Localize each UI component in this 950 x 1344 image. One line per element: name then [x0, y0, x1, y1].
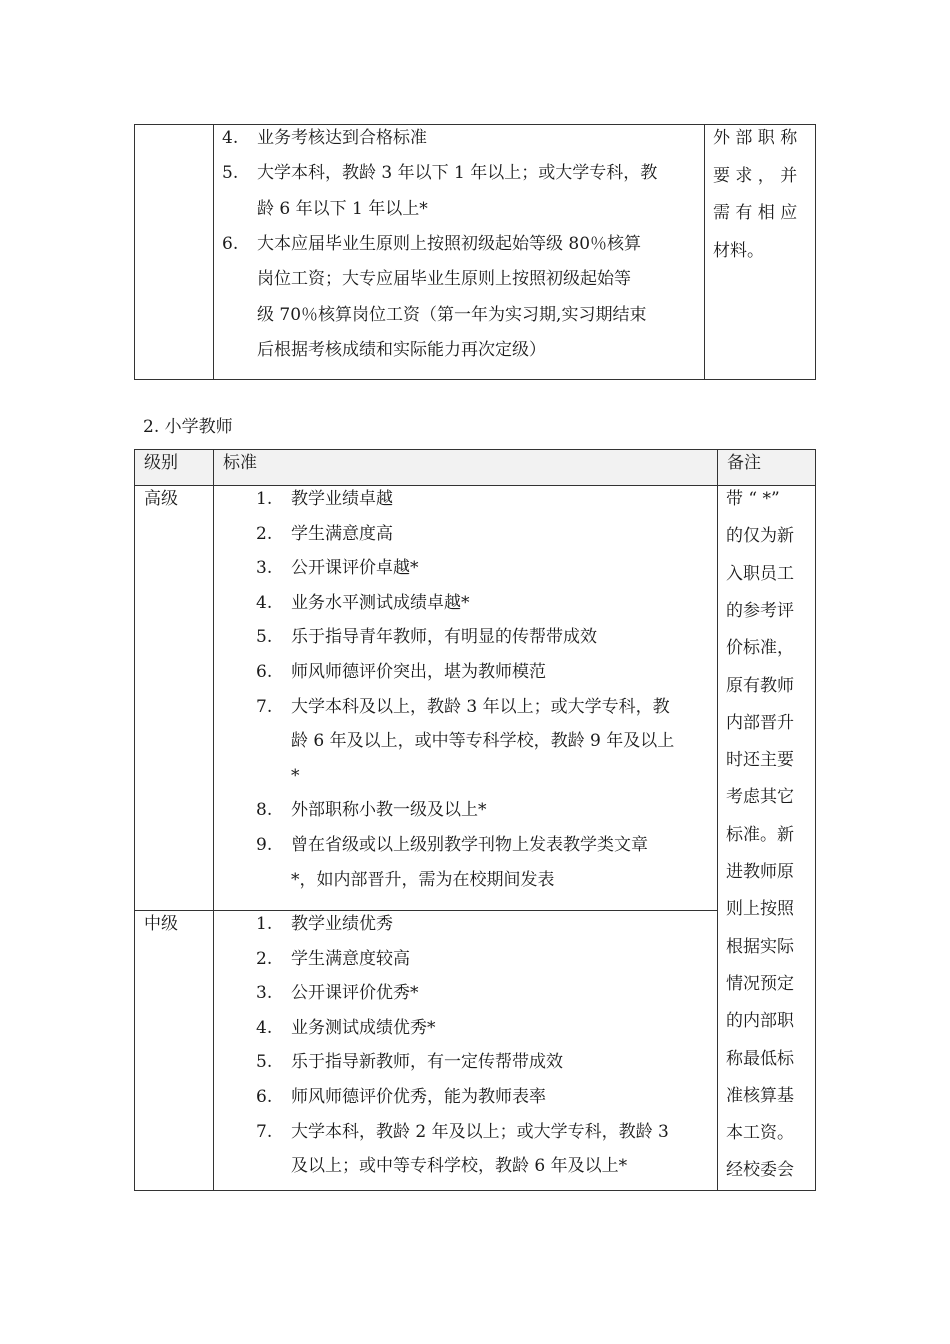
note-line: 入职员工: [726, 564, 794, 584]
table-border-bottom: [134, 379, 816, 380]
note-line: 经校委会: [726, 1160, 794, 1180]
list-item-text: 后根据考核成绩和实际能力再次定级）: [257, 340, 546, 360]
table-border-bottom: [134, 1190, 816, 1191]
column-divider: [213, 124, 214, 380]
list-item-number: 4.: [222, 128, 238, 148]
list-item-text: *，如内部晋升，需为在校期间发表: [291, 870, 555, 890]
list-item-text: 业务测试成绩优秀*: [291, 1018, 436, 1038]
list-item-text: 大学本科，教龄 3 年以下 1 年以上；或大学专科，教: [257, 163, 657, 183]
level-intermediate: 中级: [144, 914, 178, 934]
note-line: 称最低标: [726, 1049, 794, 1069]
list-item-number: 2.: [256, 949, 272, 969]
list-item-text: 师风师德评价突出，堪为教师模范: [291, 662, 546, 682]
list-item-number: 6.: [256, 1087, 272, 1107]
list-item-number: 1.: [256, 489, 272, 509]
note-line: 价标准，: [726, 638, 794, 658]
list-item-number: 1.: [256, 914, 272, 934]
list-item-number: 4.: [256, 593, 272, 613]
note-line: 准核算基: [726, 1086, 794, 1106]
list-item-text: *: [291, 766, 300, 786]
list-item-text: 大学本科及以上，教龄 3 年以上；或大学专科，教: [291, 697, 670, 717]
header-standard: 标准: [223, 453, 257, 473]
note-line: 外 部 职 称: [713, 128, 797, 148]
list-item-text: 龄 6 年及以上，或中等专科学校，教龄 9 年及以上: [291, 731, 674, 751]
list-item-text: 岗位工资；大专应届毕业生原则上按照初级起始等: [257, 269, 631, 289]
list-item-number: 6.: [222, 234, 238, 254]
list-item-text: 乐于指导青年教师，有明显的传帮带成效: [291, 627, 597, 647]
note-line: 根据实际: [726, 937, 794, 957]
list-item-text: 外部职称小教一级及以上*: [291, 800, 487, 820]
level-senior: 高级: [144, 489, 178, 509]
list-item-number: 9.: [256, 835, 272, 855]
note-line: 考虑其它: [726, 787, 794, 807]
table-border-top: [134, 449, 816, 450]
note-line: 时还主要: [726, 750, 794, 770]
note-line: 的仅为新: [726, 526, 794, 546]
table-border-right: [815, 449, 816, 1191]
list-item-text: 大学本科，教龄 2 年及以上；或大学专科，教龄 3: [291, 1122, 669, 1142]
list-item-text: 及以上；或中等专科学校，教龄 6 年及以上*: [291, 1156, 627, 1176]
header-note: 备注: [727, 453, 761, 473]
list-item-text: 龄 6 年以下 1 年以上*: [257, 199, 428, 219]
column-divider: [213, 449, 214, 1191]
table-border-left: [134, 449, 135, 1191]
list-item-number: 2.: [256, 524, 272, 544]
list-item-text: 学生满意度较高: [291, 949, 410, 969]
note-line: 进教师原: [726, 862, 794, 882]
list-item-text: 学生满意度高: [291, 524, 393, 544]
list-item-text: 教学业绩优秀: [291, 914, 393, 934]
note-line: 原有教师: [726, 676, 794, 696]
table-border-top: [134, 124, 816, 125]
note-line: 要 求 ， 并: [713, 166, 797, 186]
list-item-number: 3.: [256, 983, 272, 1003]
list-item-number: 5.: [256, 1052, 272, 1072]
list-item-number: 6.: [256, 662, 272, 682]
table-border-right: [815, 124, 816, 380]
list-item-text: 大本应届毕业生原则上按照初级起始等级 80％核算: [257, 234, 641, 254]
note-line: 材料。: [713, 241, 764, 261]
note-line: 的参考评: [726, 601, 794, 621]
section-title: 2. 小学教师: [143, 417, 233, 437]
list-item-number: 5.: [222, 163, 238, 183]
list-item-text: 业务考核达到合格标准: [257, 128, 427, 148]
list-item-number: 7.: [256, 1122, 272, 1142]
list-item-text: 级 70％核算岗位工资（第一年为实习期,实习期结束: [257, 305, 646, 325]
note-line: 内部晋升: [726, 713, 794, 733]
list-item-text: 乐于指导新教师，有一定传帮带成效: [291, 1052, 563, 1072]
note-line: 需 有 相 应: [713, 203, 797, 223]
note-line: 带 “ *”: [726, 489, 780, 509]
list-item-text: 公开课评价卓越*: [291, 558, 419, 578]
note-line: 标准。新: [726, 825, 794, 845]
table-border-left: [134, 124, 135, 380]
list-item-text: 业务水平测试成绩卓越*: [291, 593, 470, 613]
list-item-text: 师风师德评价优秀，能为教师表率: [291, 1087, 546, 1107]
note-line: 则上按照: [726, 899, 794, 919]
list-item-text: 教学业绩卓越: [291, 489, 393, 509]
list-item-text: 公开课评价优秀*: [291, 983, 419, 1003]
list-item-number: 8.: [256, 800, 272, 820]
list-item-number: 7.: [256, 697, 272, 717]
list-item-number: 3.: [256, 558, 272, 578]
column-divider: [704, 124, 705, 380]
list-item-number: 4.: [256, 1018, 272, 1038]
list-item-number: 5.: [256, 627, 272, 647]
header-level: 级别: [144, 453, 178, 473]
note-line: 情况预定: [726, 974, 794, 994]
column-divider: [717, 449, 718, 1191]
row-divider: [134, 910, 718, 911]
note-line: 的内部职: [726, 1011, 794, 1031]
header-divider: [134, 485, 816, 486]
note-line: 本工资。: [726, 1123, 794, 1143]
list-item-text: 曾在省级或以上级别教学刊物上发表教学类文章: [291, 835, 648, 855]
